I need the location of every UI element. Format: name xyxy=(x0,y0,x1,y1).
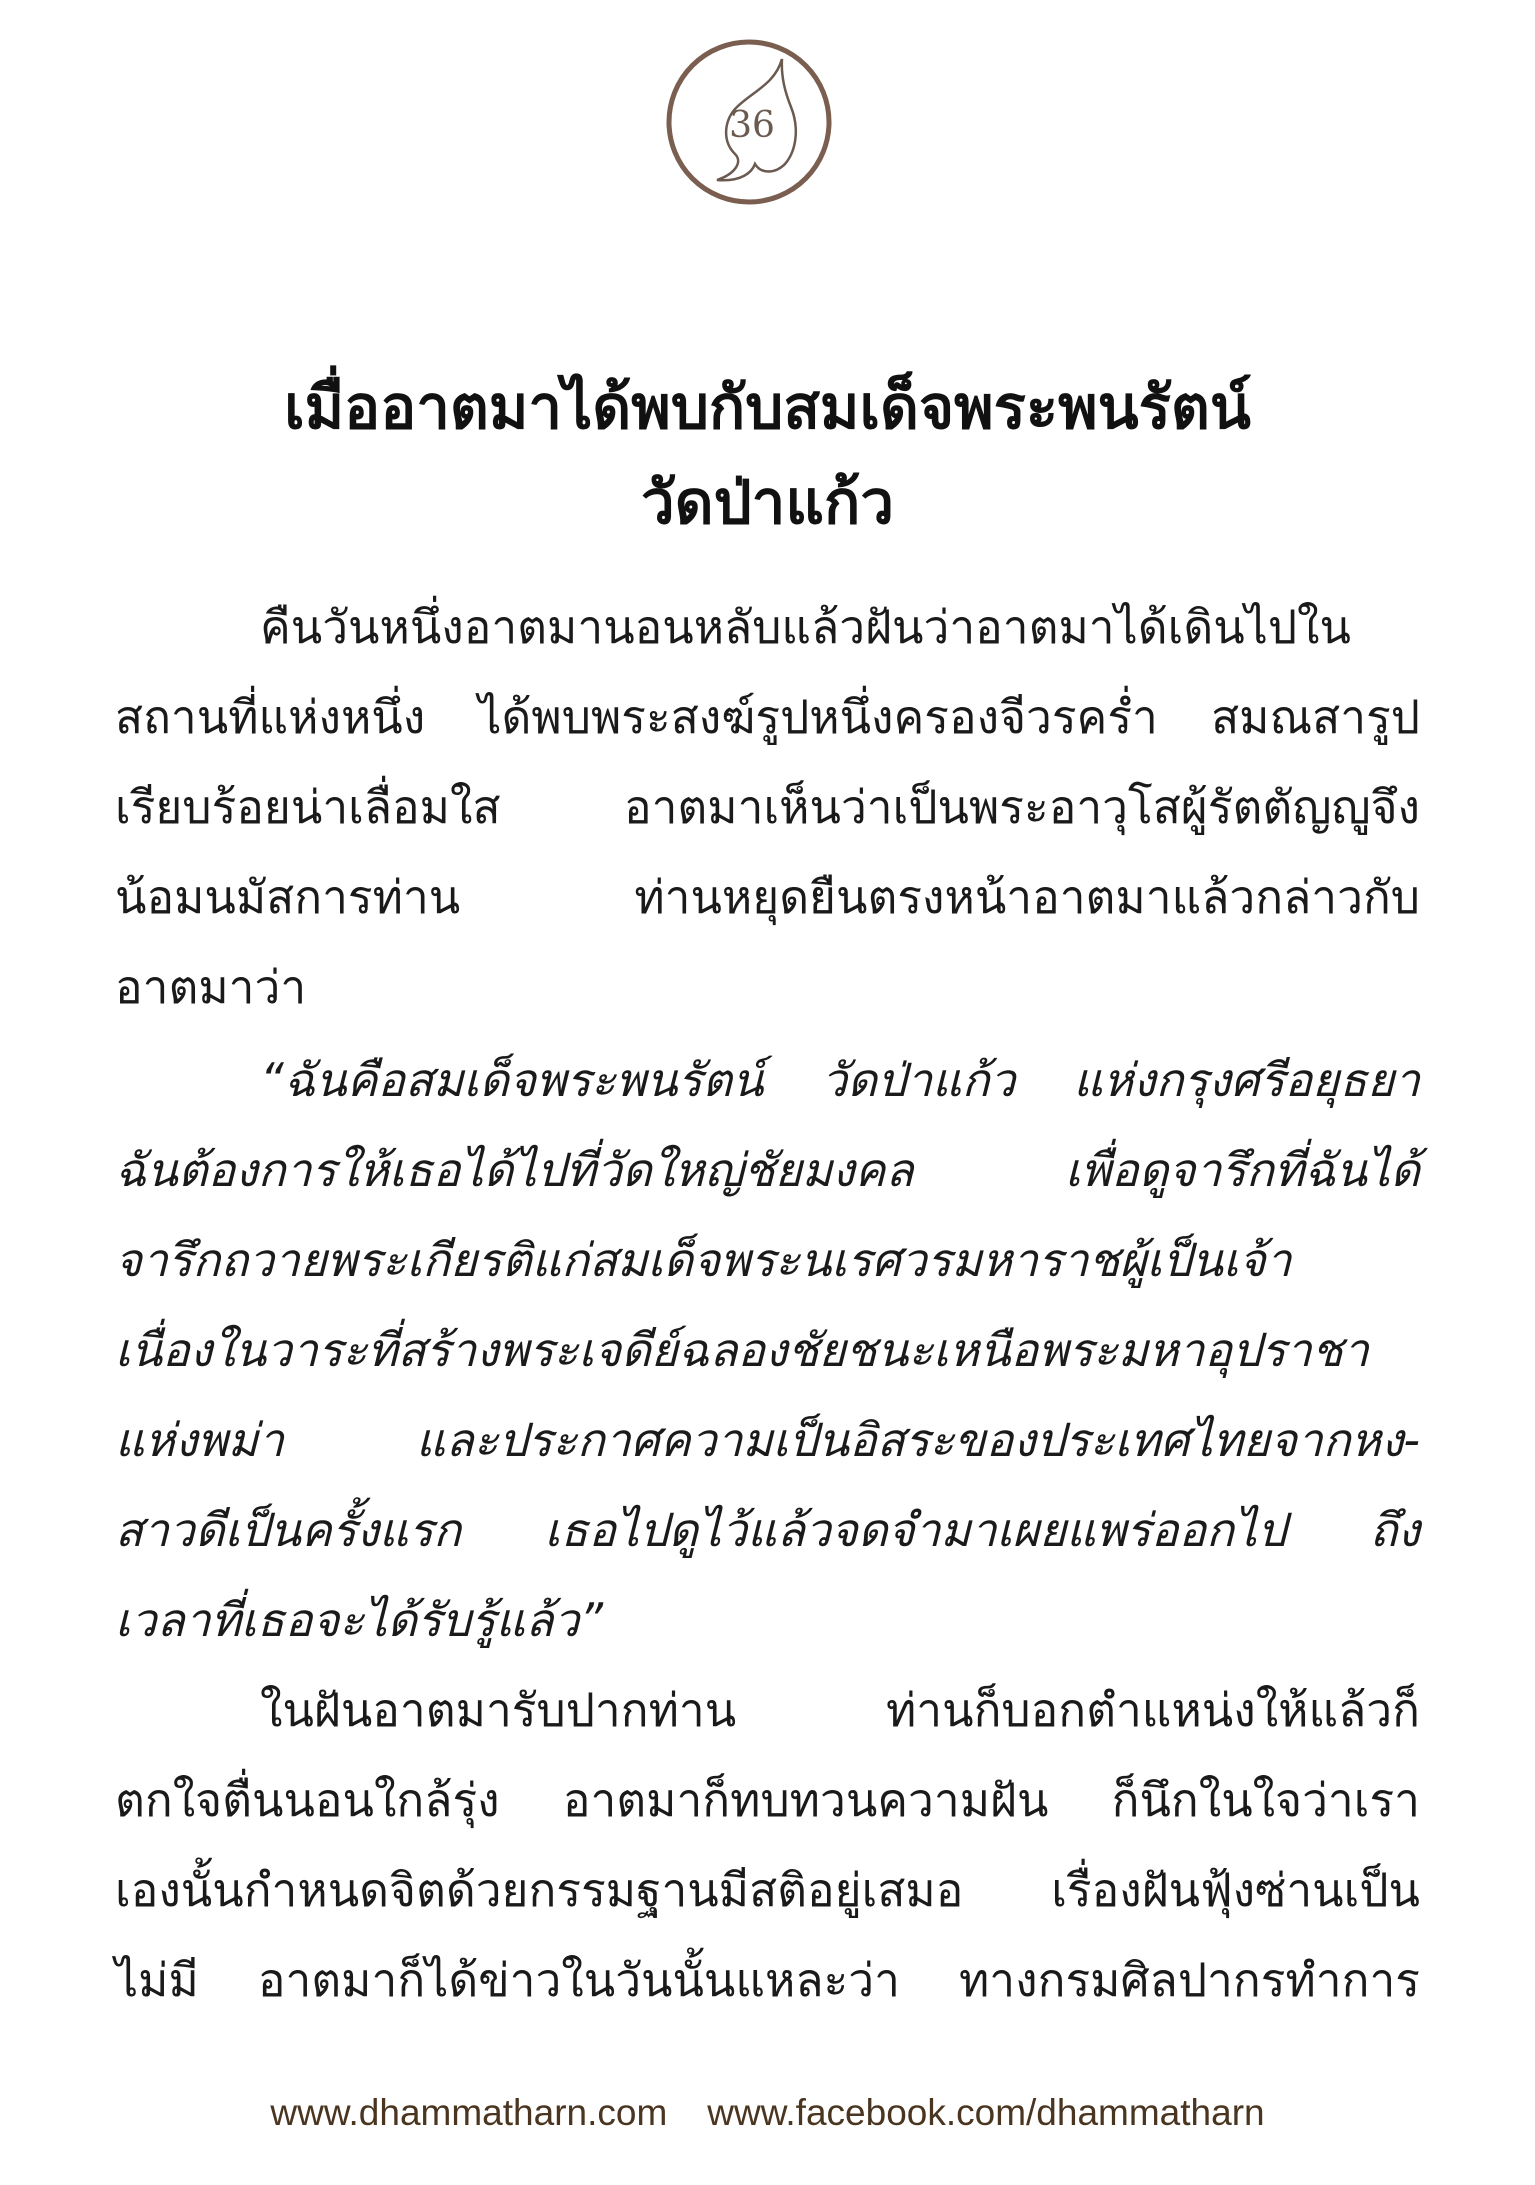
body-line: น้อมนมัสการท่าน ท่านหยุดยืนตรงหน้าอาตมาแ… xyxy=(115,867,1420,927)
chapter-title-line-1: เมื่ออาตมาได้พบกับสมเด็จพระพนรัตน์ xyxy=(0,360,1535,455)
chapter-title-line-2: วัดป่าแก้ว xyxy=(0,455,1535,550)
quote-line: ฉันต้องการให้เธอได้ไปที่วัดใหญ่ชัยมงคล เ… xyxy=(115,1140,1420,1200)
body-line: เองนั้นกำหนดจิตด้วยกรรมฐานมีสติอยู่เสมอ … xyxy=(115,1860,1420,1920)
quote-line: เนื่องในวาระที่สร้างพระเจดีย์ฉลองชัยชนะเ… xyxy=(115,1320,1420,1380)
website-link[interactable]: www.dhammatharn.com xyxy=(270,2092,667,2134)
page-number-emblem: 36 xyxy=(657,22,847,212)
quote-line: สาวดีเป็นครั้งแรก เธอไปดูไว้แล้วจดจำมาเผ… xyxy=(115,1500,1420,1560)
quote-line: เวลาที่เธอจะได้รับรู้แล้ว” xyxy=(115,1590,1420,1650)
body-line: สถานที่แห่งหนึ่ง ได้พบพระสงฆ์รูปหนึ่งครอ… xyxy=(115,687,1420,747)
body-line: ในฝันอาตมารับปากท่าน ท่านก็บอกตำแหน่งให้… xyxy=(260,1680,1420,1740)
quote-line: จารึกถวายพระเกียรติแก่สมเด็จพระนเรศวรมหา… xyxy=(115,1230,1420,1290)
body-line: อาตมาว่า xyxy=(115,957,1420,1017)
body-line: ไม่มี อาตมาก็ได้ข่าวในวันนั้นแหละว่า ทาง… xyxy=(115,1950,1420,2010)
body-line: ตกใจตื่นนอนใกล้รุ่ง อาตมาก็ทบทวนความฝัน … xyxy=(115,1770,1420,1830)
quote-line: แห่งพม่า และประกาศความเป็นอิสระของประเทศ… xyxy=(115,1410,1420,1470)
quote-line: “ฉันคือสมเด็จพระพนรัตน์ วัดป่าแก้ว แห่งก… xyxy=(260,1050,1420,1110)
footer: www.dhammatharn.comwww.facebook.com/dham… xyxy=(0,2092,1535,2134)
page-number: 36 xyxy=(657,22,847,212)
body-line: คืนวันหนึ่งอาตมานอนหลับแล้วฝันว่าอาตมาได… xyxy=(260,597,1420,657)
body-line: เรียบร้อยน่าเลื่อมใส อาตมาเห็นว่าเป็นพระ… xyxy=(115,777,1420,837)
facebook-link[interactable]: www.facebook.com/dhammatharn xyxy=(707,2092,1264,2134)
